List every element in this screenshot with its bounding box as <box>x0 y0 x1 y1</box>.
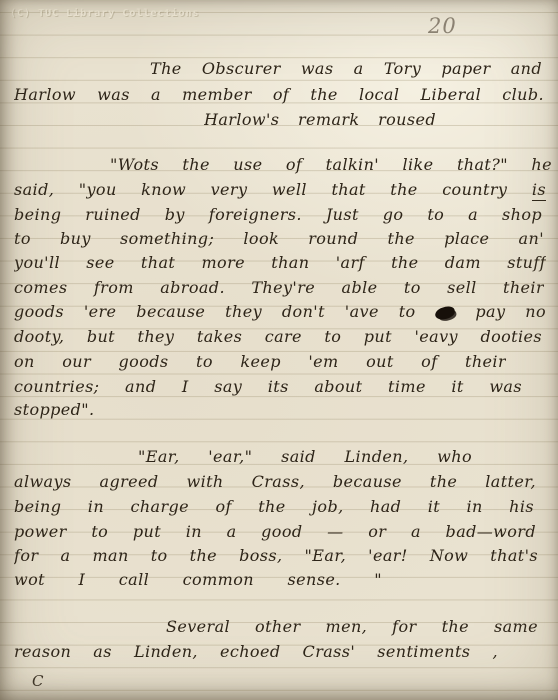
manuscript-line: "Ear, 'ear," said Linden, who <box>138 445 472 472</box>
page-number: 20 <box>428 14 457 38</box>
footer-mark: C <box>32 672 43 690</box>
manuscript-line: you'll see that more than 'arf the dam s… <box>14 251 546 278</box>
manuscript-line: The Obscurer was a Tory paper and <box>150 57 542 84</box>
copyright-watermark: (C) TUC Library Collections <box>10 8 200 19</box>
manuscript-line: always agreed with Crass, because the la… <box>14 470 536 497</box>
manuscript-line: on our goods to keep 'em out of their <box>14 350 506 377</box>
manuscript-line: being in charge of the job, had it in hi… <box>14 495 534 522</box>
manuscript-line: wot I call common sense. " <box>14 568 382 595</box>
underlined-word: is <box>532 180 546 201</box>
manuscript-line: comes from abroad. They're able to sell … <box>14 276 544 303</box>
manuscript-line: being ruined by foreigners. Just go to a… <box>14 203 542 230</box>
manuscript-line: dooty, but they takes care to put 'eavy … <box>14 325 542 352</box>
line-text: pay no <box>475 302 546 321</box>
ink-blot <box>434 305 456 321</box>
line-text: goods 'ere because they don't 'ave to <box>14 302 416 321</box>
manuscript-line: said, "you know very well that the count… <box>14 178 546 205</box>
manuscript-line: for a man to the boss, "Ear, 'ear! Now t… <box>14 544 538 571</box>
manuscript-line: Harlow was a member of the local Liberal… <box>14 83 544 110</box>
manuscript-line: goods 'ere because they don't 'ave to pa… <box>14 300 546 327</box>
manuscript-line: reason as Linden, echoed Crass' sentimen… <box>14 640 498 667</box>
manuscript-line: Harlow's remark roused Crass. <box>204 108 436 135</box>
line-text: said, "you know very well that the count… <box>14 180 507 199</box>
manuscript-line: "Wots the use of talkin' like that?" he <box>110 153 552 180</box>
manuscript-line: power to put in a good — or a bad—word <box>14 520 536 547</box>
manuscript-line: to buy something; look round the place a… <box>14 227 544 254</box>
manuscript-page: (C) TUC Library Collections 20 The Obscu… <box>0 0 558 700</box>
manuscript-line: Several other men, for the same <box>166 615 538 642</box>
manuscript-line: stopped". <box>14 398 134 425</box>
